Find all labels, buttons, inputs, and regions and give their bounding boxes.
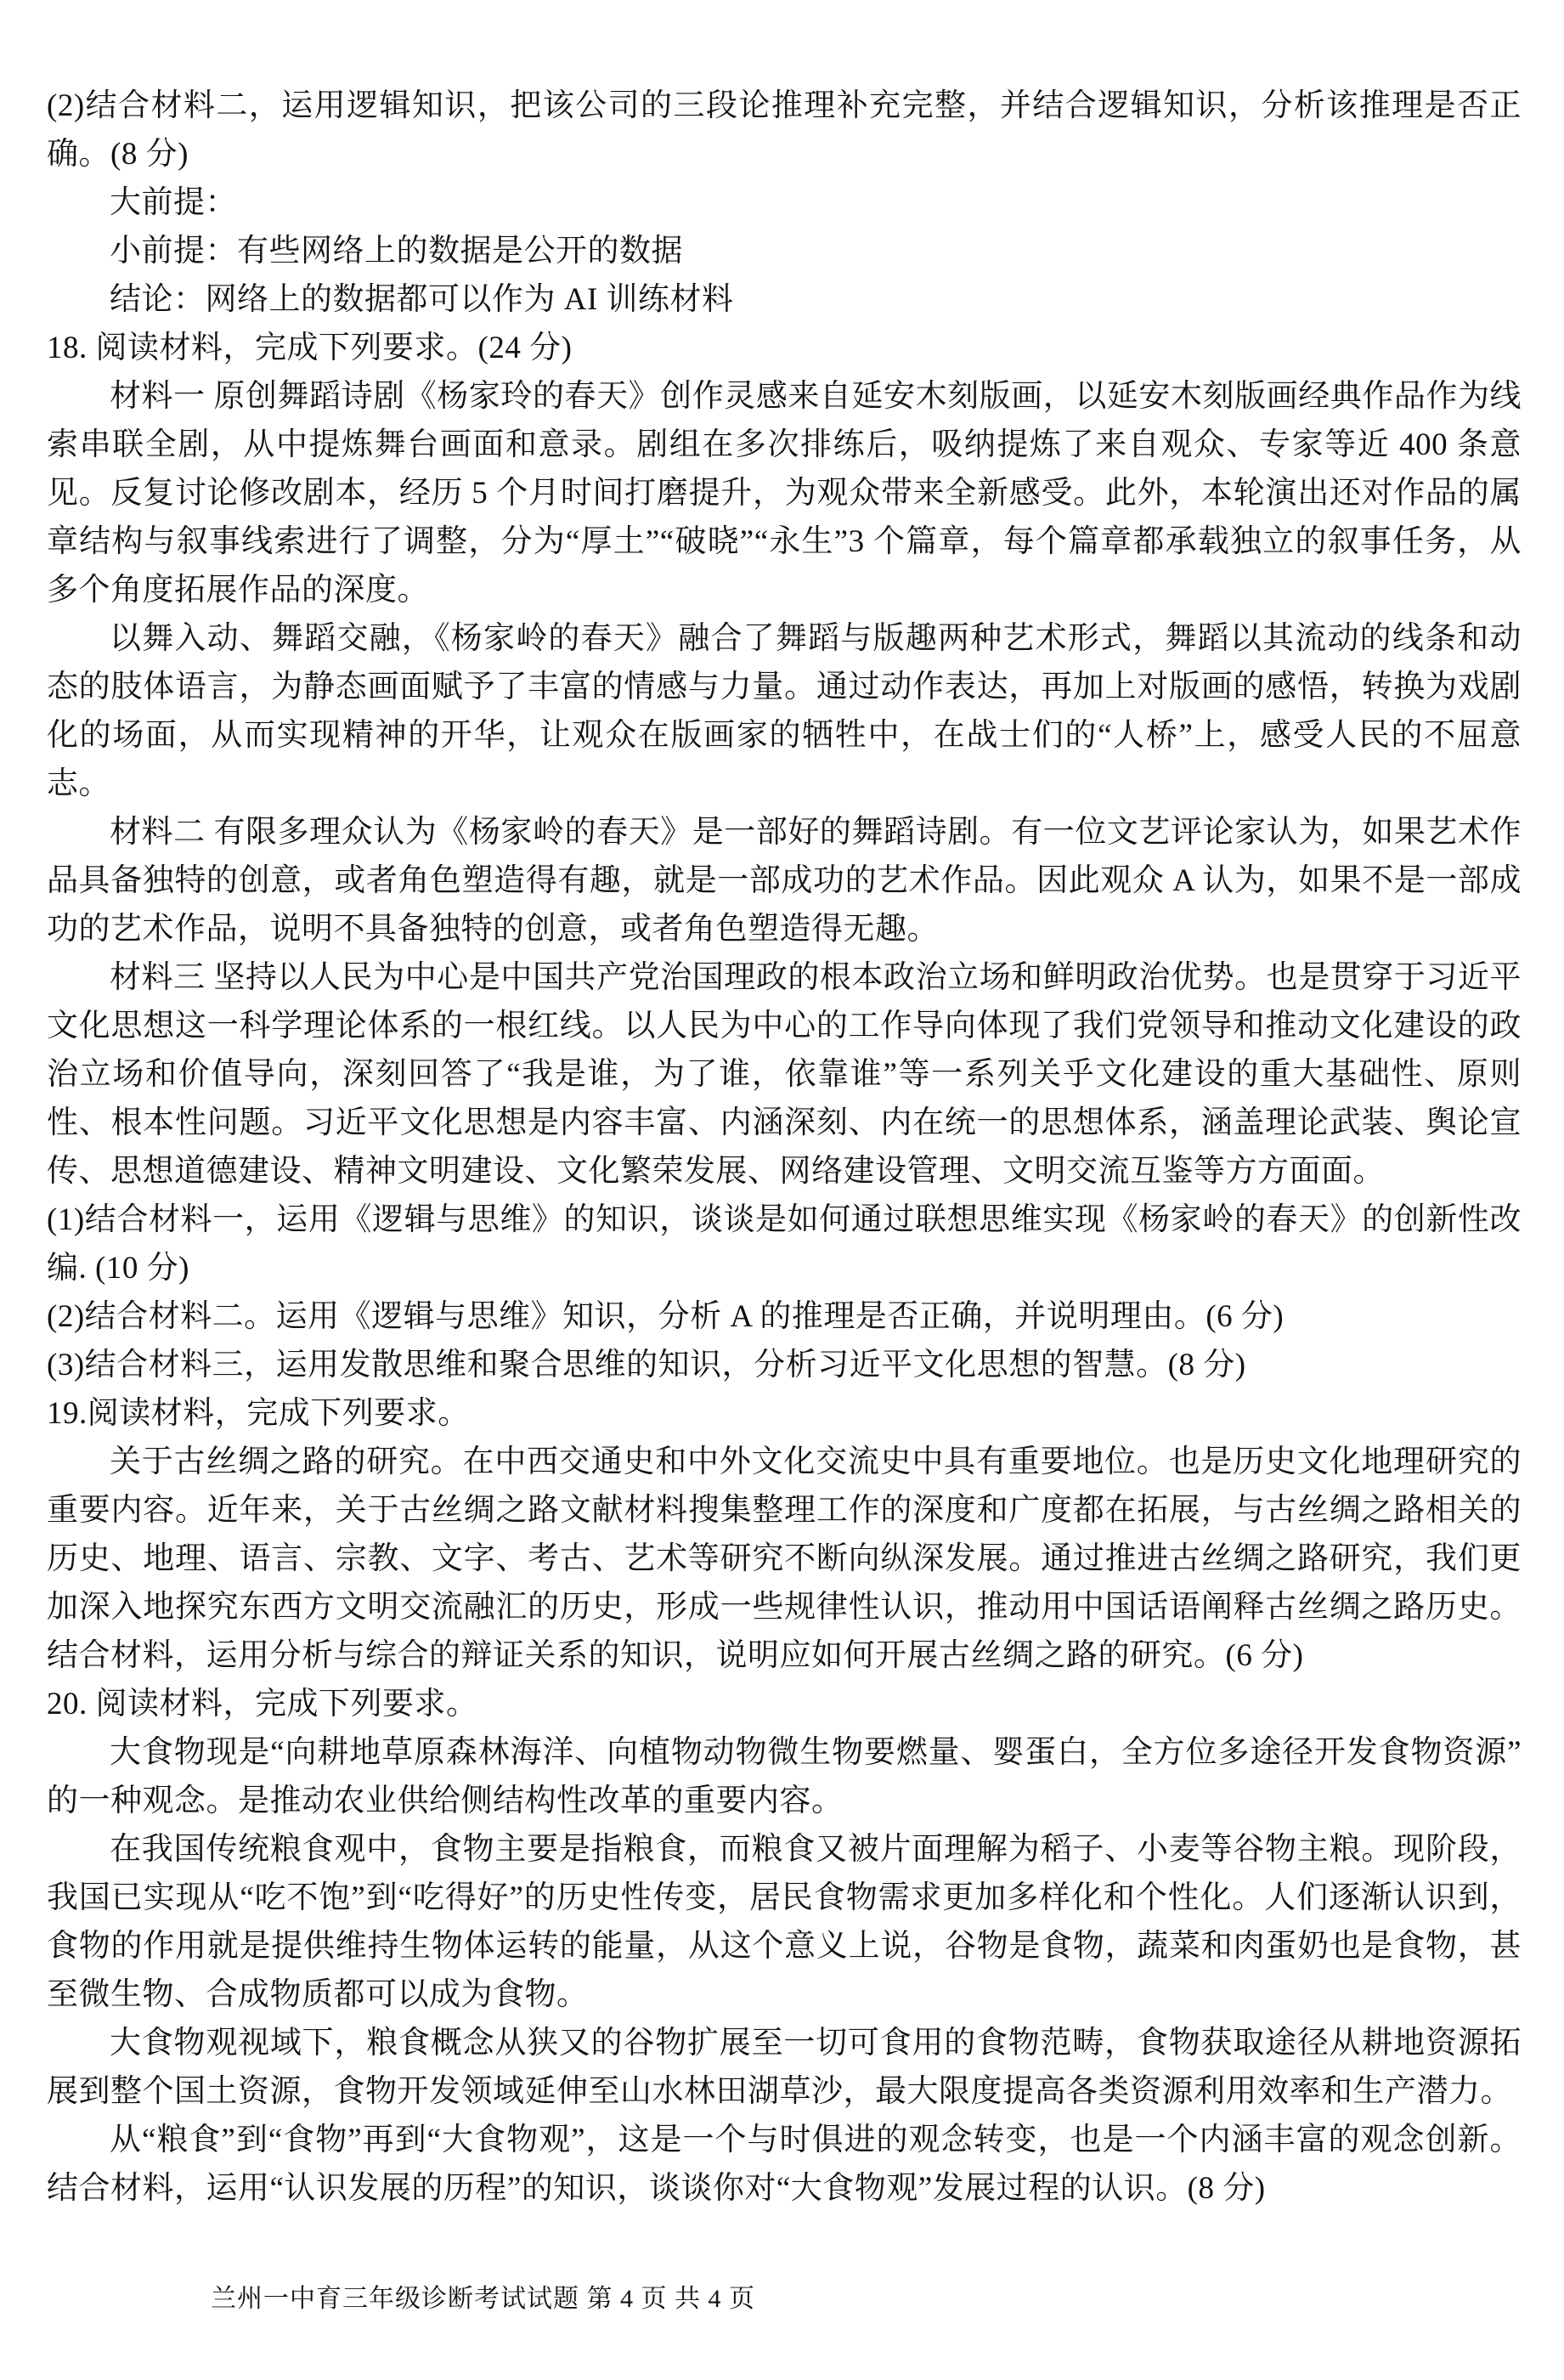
question-18-material-1b: 以舞入动、舞蹈交融，《杨家岭的春天》融合了舞蹈与版趣两种艺术形式，舞蹈以其流动的… (47, 614, 1522, 808)
question-18-material-2: 材料二 有限多理众认为《杨家岭的春天》是一部好的舞蹈诗剧。有一位文艺评论家认为，… (47, 808, 1522, 953)
question-20-material-a: 大食物现是“向耕地草原森林海洋、向植物动物微生物要燃量、婴蛋白，全方位多途径开发… (47, 1728, 1522, 1825)
question-20-material-c: 大食物观视域下，粮食概念从狭又的谷物扩展至一切可食用的食物范畴，食物获取途径从耕… (47, 2019, 1522, 2116)
syllogism-minor-premise: 小前提：有些网络上的数据是公开的数据 (47, 227, 1522, 275)
question-17-part2: (2)结合材料二，运用逻辑知识，把该公司的三段论推理补充完整，并结合逻辑知识，分… (47, 82, 1522, 178)
question-18-part2: (2)结合材料二。运用《逻辑与思维》知识，分析 A 的推理是否正确，并说明理由。… (47, 1292, 1522, 1341)
question-20-material-b: 在我国传统粮食观中，食物主要是指粮食，而粮食又被片面理解为稻子、小麦等谷物主粮。… (47, 1825, 1522, 2019)
question-19-stem: 19.阅读材料，完成下列要求。 (47, 1389, 1522, 1438)
page-footer: 兰州一中育三年级诊断考试试题 第 4 页 共 4 页 (211, 2284, 755, 2315)
question-18-material-1: 材料一 原创舞蹈诗剧《杨家玲的春天》创作灵感来自延安木刻版画，以延安木刻版画经典… (47, 372, 1522, 614)
syllogism-major-premise: 大前提： (47, 178, 1522, 227)
question-19-material: 关于古丝绸之路的研究。在中西交通史和中外文化交流史中具有重要地位。也是历史文化地… (47, 1438, 1522, 1680)
question-20-stem: 20. 阅读材料，完成下列要求。 (47, 1680, 1522, 1728)
question-18-stem: 18. 阅读材料，完成下列要求。(24 分) (47, 324, 1522, 372)
question-18-part1: (1)结合材料一，运用《逻辑与思维》的知识，谈谈是如何通过联想思维实现《杨家岭的… (47, 1196, 1522, 1292)
question-18-material-3: 材料三 坚持以人民为中心是中国共产党治国理政的根本政治立场和鲜明政治优势。也是贯… (47, 953, 1522, 1196)
exam-body: (2)结合材料二，运用逻辑知识，把该公司的三段论推理补充完整，并结合逻辑知识，分… (47, 82, 1522, 2213)
syllogism-conclusion: 结论：网络上的数据都可以作为 AI 训练材料 (47, 275, 1522, 324)
question-20-material-d: 从“粮食”到“食物”再到“大食物观”，这是一个与时俱进的观念转变，也是一个内涵丰… (47, 2116, 1522, 2213)
question-18-part3: (3)结合材料三，运用发散思维和聚合思维的知识，分析习近平文化思想的智慧。(8 … (47, 1341, 1522, 1389)
exam-page: (2)结合材料二，运用逻辑知识，把该公司的三段论推理补充完整，并结合逻辑知识，分… (0, 0, 1564, 2380)
